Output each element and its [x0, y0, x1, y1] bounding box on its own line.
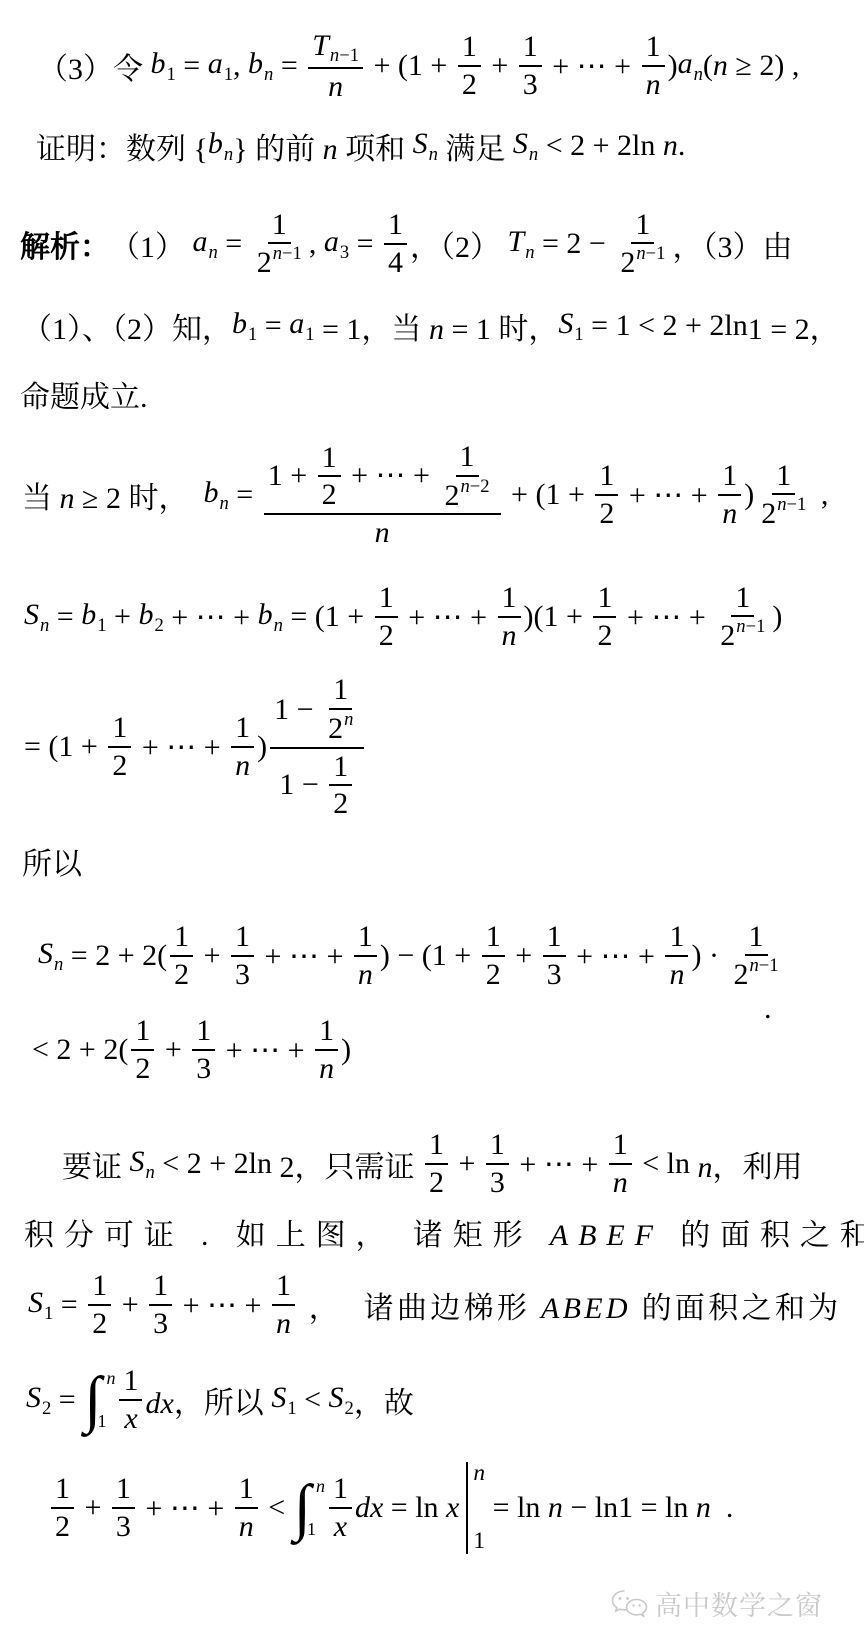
sn-geometric-result: = (1 + 12 + ⋯ + 1n)1 − 12n1 − 12 [24, 664, 367, 830]
watermark: 高中数学之窗 [610, 1584, 823, 1623]
trapezoids-area-s2: S2 = ∫n11xdx，所以 S1 < S2，故 [26, 1356, 414, 1444]
wechat-icon [610, 1588, 648, 1619]
sn-sum-product: Sn = b1 + b2 + ⋯ + bn = (1 + 12 + ⋯ + 1n… [24, 572, 782, 662]
integral-note: 积分可证 . 如上图， 诸矩形 ABEF 的面积之和为 [24, 1212, 864, 1252]
analysis-parts-1-2-3: 解析：（1） an = 12n−1, a3 = 14，（2） Tn = 2 − … [20, 196, 792, 292]
case-n1: （1）、（2）知，b1 = a1 = 1，当 n = 1 时，S1 = 1 < … [22, 302, 840, 350]
goal-reduction: 要证 Sn < 2 + 2ln 2，只需证 12 + 13 + ⋯ + 1n <… [62, 1118, 803, 1210]
proposition-holds: 命题成立. [20, 374, 148, 414]
therefore-label: 所以 [22, 840, 82, 882]
sn-bound: < 2 + 2(12 + 13 + ⋯ + 1n) [32, 1006, 351, 1094]
sn-expanded: Sn = 2 + 2(12 + 13 + ⋯ + 1n) − (1 + 12 +… [38, 912, 786, 1000]
bn-formula-n-ge-2: 当 n ≥ 2 时， bn = 1 + 12 + ⋯ + 12n−2n + (1… [22, 426, 828, 564]
trailing-period: . [764, 994, 772, 1024]
problem-part3-statement: （3）令 b1 = a1, bn = Tn−1n + (1 + 12 + 13 … [38, 10, 799, 122]
prove-requirement: 证明：数列 {bn} 的前 n 项和 Sn 满足 Sn < 2 + 2ln n. [36, 122, 685, 170]
final-inequality: 12 + 13 + ⋯ + 1n < ∫n11xdx = ln xn1 = ln… [48, 1458, 733, 1558]
math-solution-document: （3）令 b1 = a1, bn = Tn−1n + (1 + 12 + 13 … [0, 0, 864, 1638]
rectangles-area-s1: S1 = 12 + 13 + ⋯ + 1n ， 诸曲边梯形 ABED 的面积之和… [28, 1264, 841, 1346]
watermark-label: 高中数学之窗 [655, 1584, 823, 1623]
